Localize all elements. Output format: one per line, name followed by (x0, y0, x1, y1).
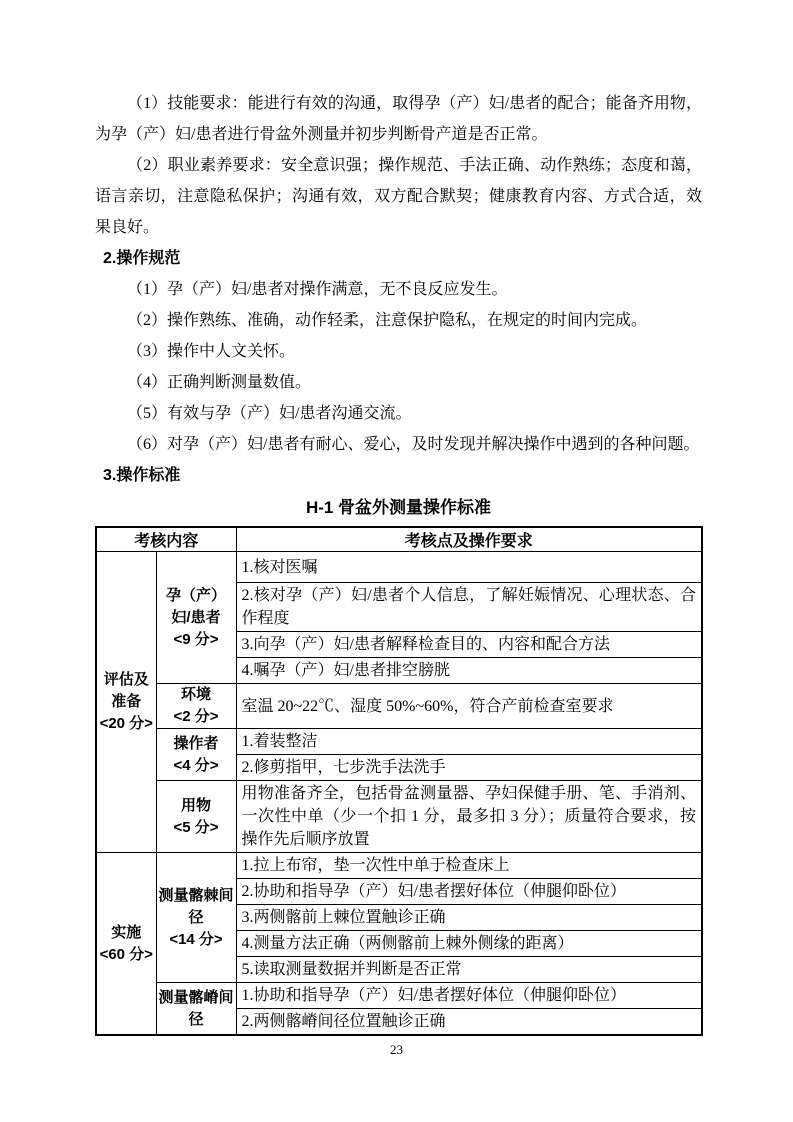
col-header-assessment-points: 考核点及操作要求 (236, 527, 702, 552)
subgroup-name: 测量髂棘间径 (158, 885, 235, 929)
subgroup-score: <5 分> (158, 817, 235, 839)
subgroup-cell-iliac-crest: 测量髂嵴间径 (156, 983, 236, 1036)
requirement-cell: 3.两侧髂前上棘位置触诊正确 (236, 905, 702, 931)
op-spec-item: （4）正确判断测量数值。 (95, 367, 702, 398)
requirement-cell: 2.两侧髂嵴间径位置触诊正确 (236, 1009, 702, 1036)
subgroup-score: <14 分> (158, 929, 235, 951)
requirement-cell: 3.向孕（产）妇/患者解释检查目的、内容和配合方法 (236, 632, 702, 658)
op-spec-item: （5）有效与孕（产）妇/患者沟通交流。 (95, 398, 702, 429)
requirement-cell: 2.核对孕（产）妇/患者个人信息，了解妊娠情况、心理状态、合作程度 (236, 583, 702, 632)
section-heading-op-standard: 3.操作标准 (95, 460, 702, 491)
col-header-assessment-content: 考核内容 (96, 527, 236, 552)
phase-name: 评估及准备 (98, 669, 155, 713)
requirement-cell: 4.嘱孕（产）妇/患者排空膀胱 (236, 658, 702, 684)
subgroup-name: 操作者 (158, 733, 235, 755)
page-content: （1）技能要求：能进行有效的沟通，取得孕（产）妇/患者的配合；能备齐用物，为孕（… (95, 88, 702, 1036)
document-page: （1）技能要求：能进行有效的沟通，取得孕（产）妇/患者的配合；能备齐用物，为孕（… (0, 0, 793, 1122)
requirement-cell: 5.读取测量数据并判断是否正常 (236, 957, 702, 983)
op-spec-item: （1）孕（产）妇/患者对操作满意，无不良反应发生。 (95, 274, 702, 305)
phase-name: 实施 (98, 922, 155, 944)
subgroup-score: <2 分> (158, 706, 235, 728)
subgroup-score: <4 分> (158, 755, 235, 777)
requirement-cell: 1.协助和指导孕（产）妇/患者摆好体位（伸腿仰卧位） (236, 983, 702, 1009)
requirement-cell: 2.协助和指导孕（产）妇/患者摆好体位（伸腿仰卧位） (236, 879, 702, 905)
subgroup-cell-patient: 孕（产）妇/患者 <9 分> (156, 552, 236, 684)
subgroup-name: 测量髂嵴间径 (158, 987, 235, 1031)
requirement-cell: 1.着装整洁 (236, 729, 702, 755)
op-spec-item: （2）操作熟练、准确，动作轻柔，注意保护隐私，在规定的时间内完成。 (95, 305, 702, 336)
table-title: H-1 骨盆外测量操作标准 (95, 493, 702, 523)
page-number: 23 (0, 1042, 793, 1058)
subgroup-name: 孕（产）妇/患者 (158, 585, 235, 629)
requirement-cell: 4.测量方法正确（两侧髂前上棘外侧缘的距离） (236, 931, 702, 957)
subgroup-score: <9 分> (158, 629, 235, 651)
phase-score: <20 分> (98, 713, 155, 735)
requirement-cell: 室温 20~22℃、湿度 50%~60%，符合产前检查室要求 (236, 684, 702, 729)
phase-cell-assessment-preparation: 评估及准备 <20 分> (96, 552, 156, 853)
requirement-cell: 用物准备齐全，包括骨盆测量器、孕妇保健手册、笔、手消剂、一次性中单（少一个扣 1… (236, 781, 702, 853)
subgroup-name: 用物 (158, 795, 235, 817)
subgroup-cell-iliac-spine: 测量髂棘间径 <14 分> (156, 853, 236, 983)
subgroup-cell-supplies: 用物 <5 分> (156, 781, 236, 853)
intro-paragraph: （2）职业素养要求：安全意识强；操作规范、手法正确、动作熟练；态度和蔼，语言亲切… (95, 150, 702, 243)
intro-paragraph: （1）技能要求：能进行有效的沟通，取得孕（产）妇/患者的配合；能备齐用物，为孕（… (95, 88, 702, 150)
subgroup-name: 环境 (158, 684, 235, 706)
requirement-cell: 1.拉上布帘，垫一次性中单于检查床上 (236, 853, 702, 879)
op-spec-item: （3）操作中人文关怀。 (95, 336, 702, 367)
section-heading-op-spec: 2.操作规范 (95, 243, 702, 274)
subgroup-cell-environment: 环境 <2 分> (156, 684, 236, 729)
requirement-cell: 2.修剪指甲，七步洗手法洗手 (236, 755, 702, 781)
subgroup-cell-operator: 操作者 <4 分> (156, 729, 236, 781)
op-spec-item: （6）对孕（产）妇/患者有耐心、爱心，及时发现并解决操作中遇到的各种问题。 (95, 429, 702, 460)
requirement-cell: 1.核对医嘱 (236, 552, 702, 583)
phase-cell-implementation: 实施 <60 分> (96, 853, 156, 1036)
assessment-standard-table: 考核内容 考核点及操作要求 评估及准备 <20 分> 孕（产）妇/患者 <9 分… (95, 526, 703, 1036)
phase-score: <60 分> (98, 944, 155, 966)
